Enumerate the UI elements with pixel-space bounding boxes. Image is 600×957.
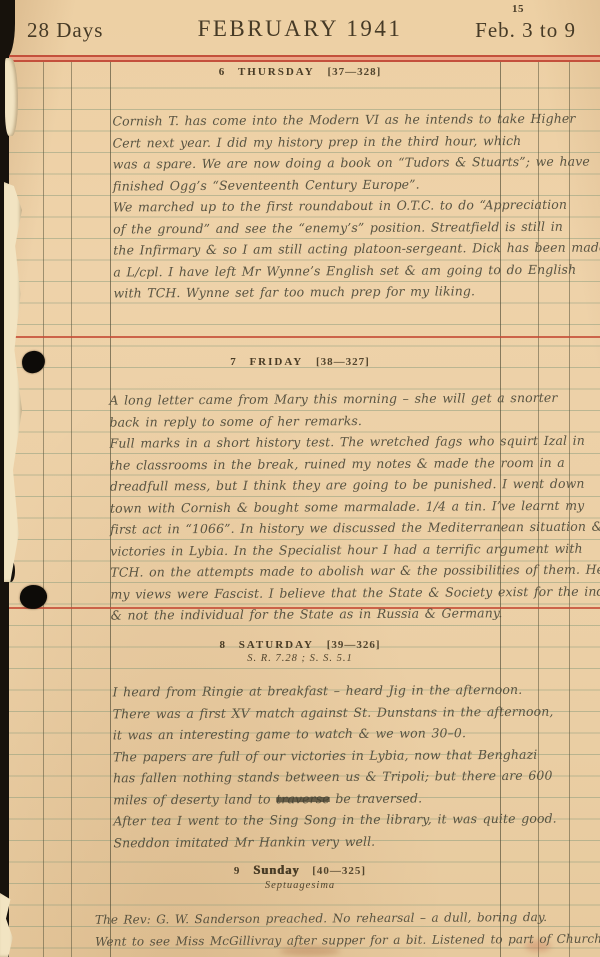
entry-friday: 7 FRIDAY [38—327] bbox=[0, 356, 600, 368]
day-of-year: [37—328] bbox=[327, 66, 381, 78]
handwriting-line: There was a first XV match against St. D… bbox=[113, 700, 557, 724]
handwriting-line: Full marks in a short history test. The … bbox=[110, 429, 600, 454]
handwriting-line: a L/cpl. I have left Mr Wynne’s English … bbox=[113, 258, 600, 283]
handwriting-line: has fallen nothing stands between us & T… bbox=[113, 765, 557, 789]
entry-sunday: 9 Sunday [40—325] Septuagesima bbox=[0, 863, 600, 891]
day-of-year: [39—326] bbox=[327, 639, 381, 651]
handwriting-line: the Infirmary & so I am still acting pla… bbox=[113, 236, 600, 261]
masthead: 28 Days FEBRUARY 1941 Feb. 3 to 9 bbox=[0, 14, 600, 48]
handwriting-line: first act in “1066”. In history we discu… bbox=[110, 515, 600, 540]
handwriting-line: & not the individual for the State as in… bbox=[111, 601, 600, 626]
margin-line bbox=[43, 62, 44, 957]
handwriting-line: We marched up to the first roundabout in… bbox=[113, 193, 600, 218]
week-range-label: Feb. 3 to 9 bbox=[475, 18, 576, 43]
handwriting-line: After tea I went to the Sing Song in the… bbox=[113, 808, 557, 832]
handwriting-friday: A long letter came from Mary this mornin… bbox=[109, 386, 600, 626]
handwriting-line: of the ground” and see the “enemy’s” pos… bbox=[113, 215, 600, 240]
torn-paper-edge bbox=[4, 182, 22, 582]
handwriting-thursday: Cornish T. has come into the Modern VI a… bbox=[112, 107, 600, 304]
feast-day: Septuagesima bbox=[0, 880, 600, 891]
handwriting-sunday: The Rev: G. W. Sanderson preached. No re… bbox=[95, 906, 600, 953]
day-number: 7 bbox=[230, 356, 237, 368]
handwriting-line: The papers are full of our victories in … bbox=[113, 743, 557, 767]
handwriting-line: Went to see Miss McGillivray after suppe… bbox=[95, 928, 600, 953]
day-number: 6 bbox=[219, 66, 226, 78]
header-rule bbox=[0, 55, 600, 62]
margin-line bbox=[71, 62, 72, 957]
day-name: FRIDAY bbox=[249, 356, 303, 368]
day-name: THURSDAY bbox=[238, 66, 315, 78]
handwriting-line: miles of deserty land to traverse be tra… bbox=[113, 786, 557, 810]
handwriting-line: with TCH. Wynne set far too much prep fo… bbox=[113, 279, 600, 304]
handwriting-line: my views were Fascist. I believe that th… bbox=[110, 580, 600, 605]
handwriting-line: A long letter came from Mary this mornin… bbox=[109, 386, 600, 411]
entry-saturday: 8 SATURDAY [39—326] S. R. 7.28 ; S. S. 5… bbox=[0, 639, 600, 664]
entry-header: 8 SATURDAY [39—326] bbox=[0, 639, 600, 651]
torn-paper-edge bbox=[0, 893, 15, 957]
handwriting-line: was a spare. We are now doing a book on … bbox=[113, 150, 600, 175]
handwriting-saturday: I heard from Ringie at breakfast – heard… bbox=[112, 679, 556, 854]
handwriting-line: I heard from Ringie at breakfast – heard… bbox=[112, 679, 556, 703]
day-of-year: [40—325] bbox=[312, 865, 366, 877]
handwriting-line: Cert next year. I did my history prep in… bbox=[113, 129, 600, 154]
handwriting-line: Sneddon imitated Mr Hankin very well. bbox=[113, 829, 557, 853]
diary-page: 15 28 Days FEBRUARY 1941 Feb. 3 to 9 6 T… bbox=[0, 0, 600, 957]
handwriting-line: finished Ogg’s “Seventeenth Century Euro… bbox=[113, 172, 600, 197]
sunrise-sunset: S. R. 7.28 ; S. S. 5.1 bbox=[0, 653, 600, 664]
day-number: 9 bbox=[234, 865, 241, 877]
handwriting-line: The Rev: G. W. Sanderson preached. No re… bbox=[95, 906, 600, 931]
day-name: Sunday bbox=[253, 863, 299, 877]
handwriting-line: TCH. on the attempts made to abolish war… bbox=[110, 558, 600, 583]
handwriting-line: victories in Lybia. In the Specialist ho… bbox=[110, 537, 600, 562]
entry-header: 6 THURSDAY [37—328] bbox=[0, 66, 600, 78]
day-name: SATURDAY bbox=[239, 639, 314, 651]
handwriting-line: it was an interesting game to watch & we… bbox=[113, 722, 557, 746]
day-number: 8 bbox=[219, 639, 226, 651]
entry-header: 9 Sunday [40—325] bbox=[0, 863, 600, 878]
handwriting-line: town with Cornish & bought some marmalad… bbox=[110, 494, 600, 519]
handwriting-line: back in reply to some of her remarks. bbox=[109, 408, 600, 433]
section-rule bbox=[0, 336, 600, 338]
entry-header: 7 FRIDAY [38—327] bbox=[0, 356, 600, 368]
day-of-year: [38—327] bbox=[316, 356, 370, 368]
entry-thursday: 6 THURSDAY [37—328] bbox=[0, 66, 600, 78]
handwriting-line: Cornish T. has come into the Modern VI a… bbox=[112, 107, 600, 132]
handwriting-line: dreadfull mess, but I think they are goi… bbox=[110, 472, 600, 497]
handwriting-line: the classrooms in the break, ruined my n… bbox=[110, 451, 600, 476]
